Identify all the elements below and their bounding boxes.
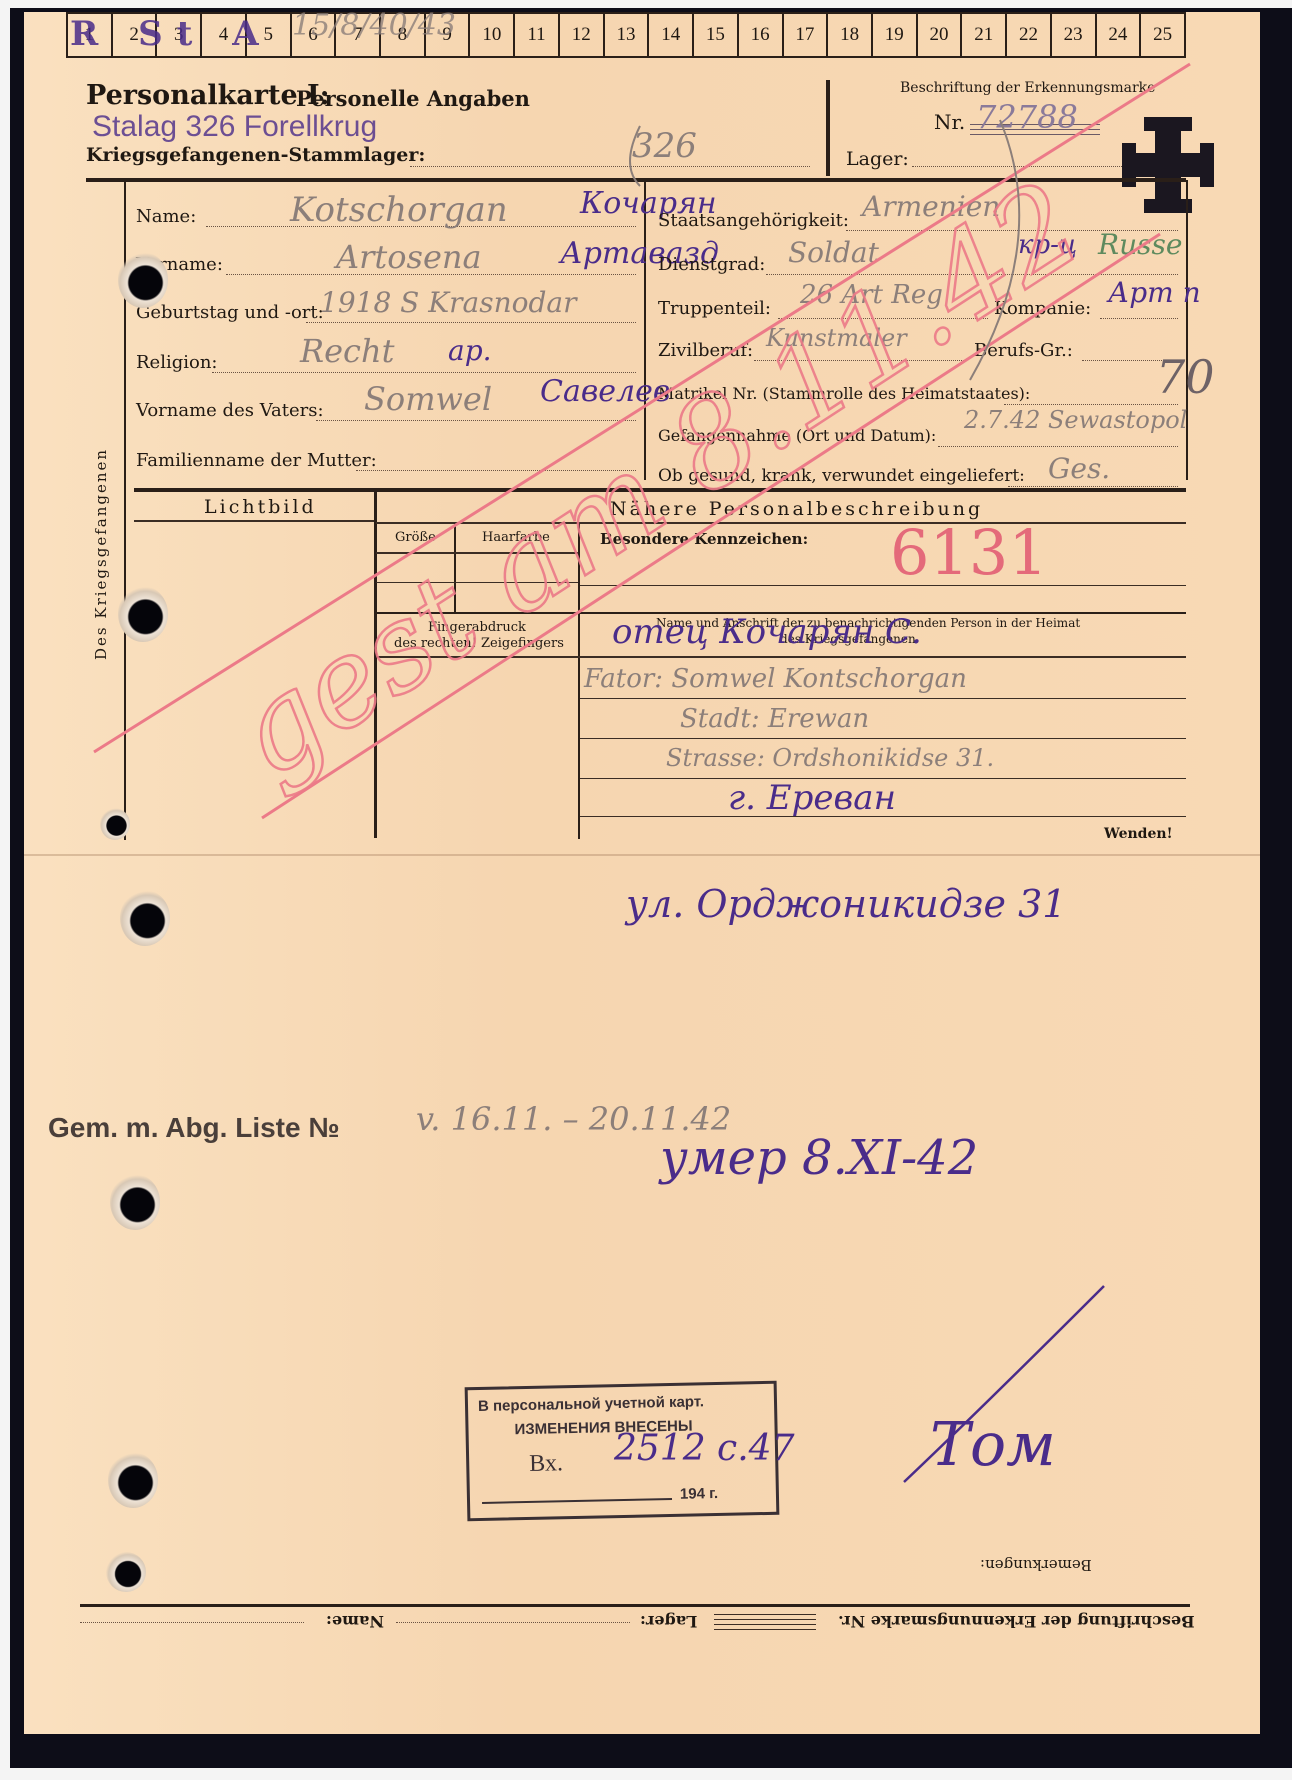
gefangen-value: 2.7.42 Sewastopol — [964, 406, 1187, 434]
stamp-letters: R St A — [70, 14, 273, 54]
signature: Том — [930, 1410, 1056, 1480]
geburt-dotline — [306, 322, 636, 323]
address-line-2: Stadt: Erewan — [680, 704, 869, 734]
right-border — [1186, 180, 1188, 480]
dienstgrad-label: Dienstgrad: — [658, 254, 765, 275]
matrikel-label: Matrikel Nr. (Stammrolle des Heimatstaat… — [658, 384, 1030, 403]
vater-dotline — [316, 420, 636, 421]
truppenteil-dotline — [778, 318, 988, 319]
finger-label-2: des rechten! Zeigefingers — [394, 636, 564, 651]
dienstgrad-cyrillic: кр-ц — [1018, 230, 1077, 260]
strip-cell: 10 — [470, 14, 515, 56]
name-value: Kotschorgan — [290, 190, 508, 230]
name-label: Name: — [136, 206, 196, 227]
vater-label: Vorname des Vaters: — [136, 400, 324, 421]
zivilberuf-dotline — [754, 360, 964, 361]
strip-cell: 17 — [784, 14, 829, 56]
kompanie-label: Kompanie: — [994, 298, 1091, 319]
kompanie-dotline — [1100, 318, 1178, 319]
strip-cell: 21 — [962, 14, 1007, 56]
punch-hole — [118, 252, 168, 308]
kennzeichen-label: Besondere Kennzeichen: — [600, 530, 808, 548]
mutter-dotline — [356, 470, 636, 471]
berufsgr-label: Berufs-Gr.: — [974, 340, 1073, 361]
geburt-label: Geburtstag und -ort: — [136, 302, 324, 323]
lichtbild-label: Lichtbild — [204, 496, 317, 518]
kennzeichen-divider — [578, 523, 580, 839]
stamp-line-4: 194 г. — [680, 1485, 718, 1503]
strip-cell: 16 — [739, 14, 784, 56]
bemerkungen-label: Bemerkungen: — [980, 1556, 1092, 1574]
footer-lager-label: Lager: — [640, 1612, 697, 1631]
nr-value: 72788 — [976, 98, 1078, 136]
groesse-label: Größe — [395, 530, 436, 545]
lager-dotline — [912, 166, 1132, 167]
religion-value: Recht — [300, 332, 394, 370]
stamp-line-3: Вх. — [529, 1450, 563, 1478]
punch-hole — [106, 1552, 146, 1592]
strip-cell: 22 — [1007, 14, 1052, 56]
kontakt-cyrillic: отец Кочарян С. — [612, 612, 922, 652]
lager-label: Lager: — [846, 148, 909, 170]
column-divider — [644, 180, 646, 480]
stammlager-dotline — [410, 166, 810, 167]
strip-cell: 11 — [515, 14, 560, 56]
punch-hole — [118, 586, 168, 642]
strip-cell: 19 — [873, 14, 918, 56]
stamp-line-1: В персональной учетной карт. — [478, 1393, 704, 1415]
marke-heading: Beschriftung der Erkennungsmarke — [900, 80, 1155, 96]
punch-hole — [108, 1452, 158, 1508]
side-label: Des Kriegsgefangenen — [92, 448, 110, 660]
gesund-label: Ob gesund, krank, verwundet eingeliefert… — [658, 466, 1025, 486]
address-line-4: г. Ереван — [728, 778, 896, 818]
description-top-rule — [134, 488, 1186, 492]
strip-cell: 14 — [649, 14, 694, 56]
punch-hole — [120, 890, 170, 946]
staat-label: Staatsangehörigkeit: — [658, 210, 849, 231]
footer-lager-dotline — [396, 1622, 630, 1623]
strip-cell: 25 — [1141, 14, 1186, 56]
strip-cell: 13 — [605, 14, 650, 56]
strip-cell: 20 — [918, 14, 963, 56]
dienstgrad-dotline — [766, 274, 1178, 275]
haarfarbe-label: Haarfarbe — [482, 530, 550, 545]
dienstgrad-value: Soldat — [788, 236, 879, 269]
groesse-divider — [454, 523, 456, 613]
finger-label-1: Fingerabdruck — [428, 620, 526, 635]
strip-cell: 18 — [828, 14, 873, 56]
religion-label: Religion: — [136, 352, 218, 373]
nr-label: Nr. — [934, 110, 965, 134]
footer-name-dotline — [80, 1622, 304, 1623]
truppenteil-value: 26 Art Reg — [800, 280, 943, 310]
vorname-value: Artosena — [336, 238, 482, 276]
card-title: Personalkarte I: — [86, 80, 330, 111]
zivilberuf-value: Kunstmaler — [766, 324, 907, 352]
strip-cell: 12 — [560, 14, 605, 56]
staat-green-note: Russe — [1098, 228, 1182, 261]
address-line-3: Strasse: Ordshonikidse 31. — [666, 744, 994, 772]
vater-value: Somwel — [364, 380, 492, 418]
religion-cyrillic: ар. — [448, 334, 492, 367]
street-cyrillic-note: ул. Орджоникидзе 31 — [626, 882, 1066, 926]
matrikel-value: 70 — [1156, 350, 1215, 404]
truppenteil-label: Truppenteil: — [658, 298, 771, 319]
section-top-rule — [86, 178, 1186, 182]
kennzeichen-value: 6131 — [890, 516, 1048, 589]
zivilberuf-label: Zivilberuf: — [658, 340, 753, 361]
kompanie-value: Арт п — [1108, 276, 1201, 309]
stammlager-value: 326 — [632, 126, 697, 166]
stalag-stamp: Stalag 326 Forellkrug — [92, 110, 377, 144]
strip-cell: 24 — [1097, 14, 1142, 56]
card-fold-line — [24, 854, 1260, 856]
gesund-dotline — [1008, 486, 1178, 487]
gesund-value: Ges. — [1048, 452, 1110, 485]
stammlager-label: Kriegsgefangenen-Stammlager: — [86, 144, 425, 166]
geburt-value: 1918 S Krasnodar — [320, 286, 577, 319]
wenden-label: Wenden! — [1104, 826, 1173, 842]
header-divider — [826, 80, 830, 176]
gefangen-dotline — [938, 446, 1178, 447]
card-subtitle: Personelle Angaben — [296, 86, 530, 111]
stamp-handwritten-number: 2512 с.47 — [614, 1428, 794, 1469]
punch-hole — [110, 1174, 160, 1230]
footer-rule — [80, 1604, 1190, 1607]
religion-dotline — [212, 372, 636, 373]
liste-label: Gem. m. Abg. Liste № — [48, 1112, 340, 1144]
strip-cell: 15 — [694, 14, 739, 56]
died-note: умер 8.XI-42 — [660, 1130, 978, 1186]
lichtbild-divider — [374, 490, 377, 838]
strip-pencil-note: 15/8/40/43 — [292, 8, 456, 43]
cross-potent-icon — [1122, 117, 1214, 213]
strip-cell: 23 — [1052, 14, 1097, 56]
footer-marke-label: Beschriftung der Erkennungsmarke Nr. — [838, 1612, 1195, 1631]
mutter-label: Familienname der Mutter: — [136, 450, 377, 471]
staat-value: Armenien — [862, 190, 1000, 223]
matrikel-dotline — [1004, 404, 1178, 405]
punch-hole — [100, 808, 130, 840]
gefangen-label: Gefangennahme (Ort und Datum): — [658, 426, 936, 445]
address-line-1: Fator: Somwel Kontschorgan — [584, 664, 967, 694]
footer-name-label: Name: — [326, 1612, 384, 1631]
vater-cyrillic: Савелев — [540, 374, 670, 409]
